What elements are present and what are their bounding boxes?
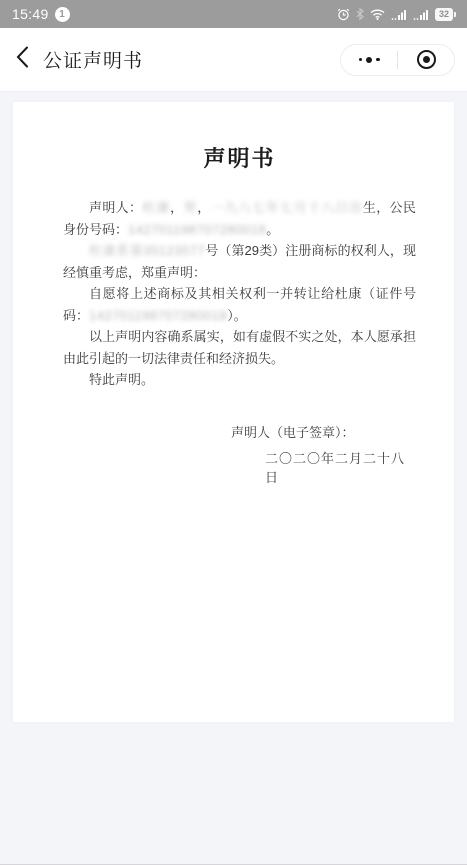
- redacted-trademark-number: 杜康系第35123577: [89, 243, 205, 258]
- signature-date: 二〇二〇年二月二十八日: [63, 448, 416, 486]
- declaration-document: 声明书 声明人：杜康，男，一九八七年七月十八日出生，公民身份号码：1427011…: [13, 102, 454, 722]
- content-area: 声明书 声明人：杜康，男，一九八七年七月十八日出生，公民身份号码：1427011…: [0, 92, 467, 864]
- wifi-icon: [370, 9, 385, 20]
- cellular-signal-icon: [413, 9, 429, 20]
- document-body: 声明人：杜康，男，一九八七年七月十八日出生，公民身份号码：14270119870…: [63, 197, 416, 391]
- battery-icon: 32: [435, 8, 453, 21]
- status-bar: 15:49 1: [0, 0, 467, 28]
- more-icon: [359, 57, 380, 63]
- redacted-name: 杜康: [142, 200, 170, 215]
- home-target-icon: [417, 50, 436, 69]
- back-chevron-icon: [16, 46, 29, 73]
- paragraph-transfer: 自愿将上述商标及其相关权利一并转让给杜康（证件号码：14270119870728…: [63, 283, 416, 326]
- paragraph-trademark: 杜康系第35123577号（第29类）注册商标的权利人，现经慎重考虑，郑重声明：: [63, 240, 416, 283]
- redacted-certificate-number: 142701198707280018: [89, 308, 227, 323]
- document-title: 声明书: [63, 142, 416, 173]
- alarm-clock-icon: [337, 8, 350, 21]
- app-screen: 15:49 1: [0, 0, 467, 865]
- signature-block: 声明人（电子签章）： 二〇二〇年二月二十八日: [63, 422, 416, 486]
- more-menu-button[interactable]: [341, 45, 397, 75]
- nav-bar: 公证声明书: [0, 28, 467, 92]
- signature-label: 声明人（电子签章）：: [63, 422, 416, 441]
- redacted-birthdate: 一九八七年七月十八日出: [211, 200, 363, 215]
- paragraph-declarant: 声明人：杜康，男，一九八七年七月十八日出生，公民身份号码：14270119870…: [63, 197, 416, 240]
- miniprogram-capsule: [340, 44, 455, 76]
- close-miniprogram-button[interactable]: [398, 45, 454, 75]
- back-button[interactable]: [14, 42, 31, 77]
- clock-time: 15:49: [12, 6, 49, 22]
- paragraph-closing: 特此声明。: [63, 369, 416, 391]
- redacted-gender: 男: [183, 200, 197, 215]
- redacted-id-number: 142701198707280018: [128, 222, 266, 237]
- page-title: 公证声明书: [43, 46, 143, 73]
- notification-badge: 1: [55, 7, 70, 22]
- cellular-signal-icon: [391, 9, 407, 20]
- paragraph-liability: 以上声明内容确系属实，如有虚假不实之处，本人愿承担由此引起的一切法律责任和经济损…: [63, 326, 416, 369]
- bluetooth-icon: [356, 8, 364, 20]
